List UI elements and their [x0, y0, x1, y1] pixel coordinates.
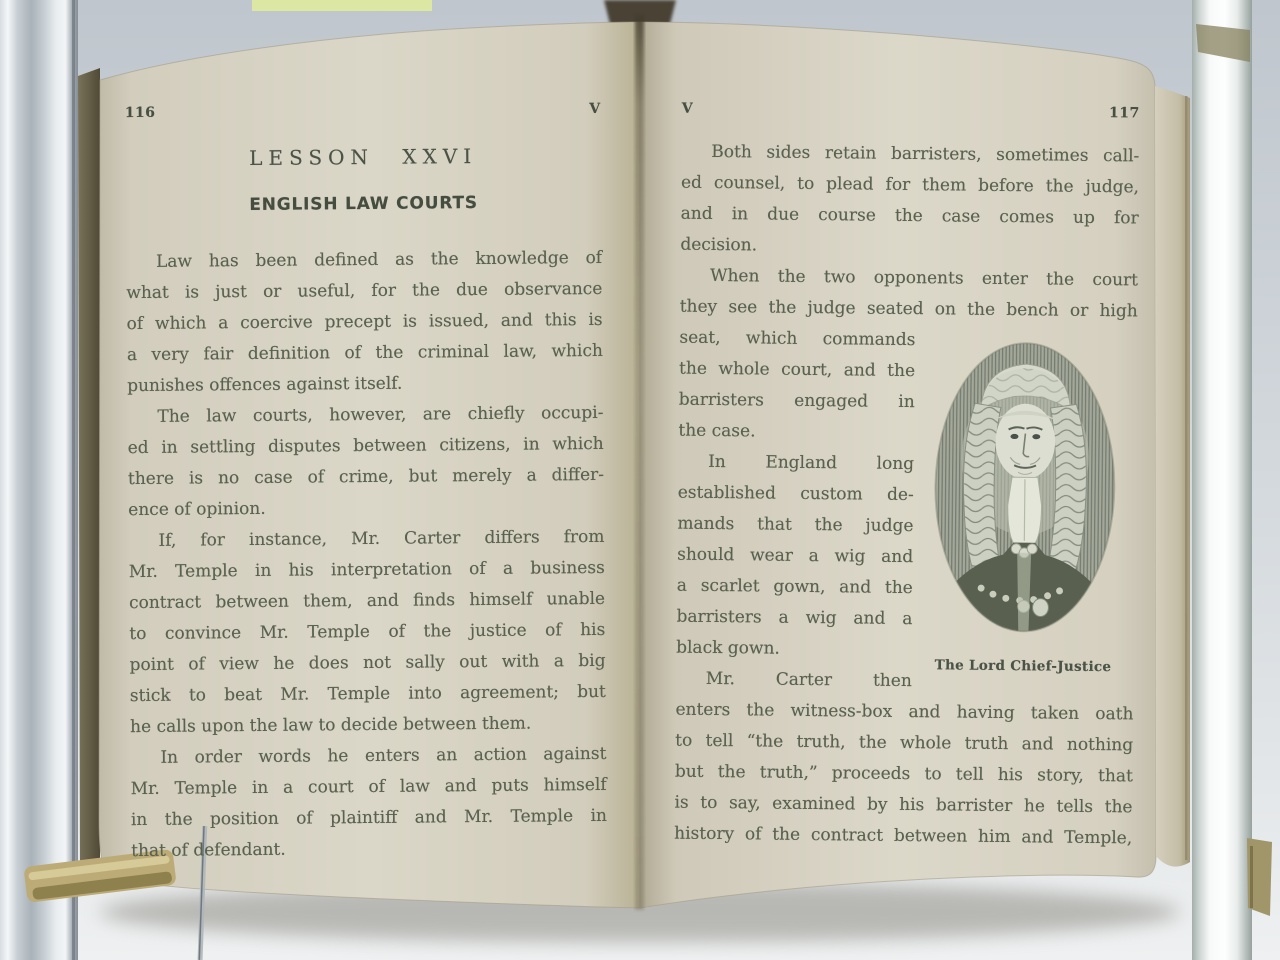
text-line: established custom de-	[678, 478, 914, 511]
text-line: a very fair definition of the criminal l…	[127, 336, 603, 371]
text-line: of which a coercive precept is issued, a…	[126, 305, 602, 340]
left-page-body: Law has been defined as the knowledge of…	[126, 243, 607, 867]
text-line: Both sides retain barristers, sometimes …	[681, 137, 1139, 173]
paragraph-carter-differs: If, for instance, Mr. Carter differs fro…	[128, 522, 606, 743]
text-line: but the truth,” proceeds to tell his sto…	[675, 757, 1133, 793]
acrylic-stand-right-bar	[1192, 0, 1252, 960]
text-line: mands that the judge	[677, 509, 913, 542]
text-line: contract between them, and finds himself…	[129, 584, 605, 619]
paragraph-when-opponents-wide: When the two opponents enter the courtth…	[680, 261, 1139, 328]
right-page-header: V 117	[682, 94, 1140, 119]
paragraph-carter-first-line: Mr. Carter then	[676, 664, 912, 697]
text-line: In England long	[678, 447, 914, 480]
text-line: that of defendant.	[131, 832, 607, 867]
lord-chief-justice-portrait	[928, 337, 1121, 637]
page-number-right: 117	[1109, 98, 1140, 129]
text-line: punishes offences against itself.	[127, 367, 603, 402]
paragraph-carter-wide: enters the witness-box and having taken …	[674, 695, 1134, 855]
text-and-portrait-row: seat, which commandsthe whole court, and…	[676, 323, 1138, 700]
chapter-title: ENGLISH LAW COURTS	[125, 187, 601, 222]
portrait-column: The Lord Chief-Justice	[912, 325, 1138, 683]
text-line: The law courts, however, are chiefly occ…	[127, 398, 603, 433]
text-line: enters the witness-box and having taken …	[675, 695, 1133, 731]
green-note-strip	[252, 0, 432, 11]
text-line: ence of opinion.	[128, 491, 604, 526]
text-line: the whole court, and the	[679, 354, 915, 387]
paragraph-law-courts: The law courts, however, are chiefly occ…	[127, 398, 604, 526]
text-line: should wear a wig and	[677, 540, 913, 573]
text-line: black gown.	[676, 633, 912, 666]
text-line: in the position of plaintiff and Mr. Tem…	[131, 801, 607, 836]
portrait-figure: The Lord Chief-Justice	[912, 337, 1138, 683]
running-mark-right: V	[682, 94, 694, 125]
text-line: what is just or useful, for the due obse…	[126, 274, 602, 309]
text-line: Mr. Temple in his interpretation of a bu…	[129, 553, 605, 588]
left-page-header: 116 V	[125, 94, 601, 118]
text-line: history of the contract between him and …	[674, 819, 1132, 855]
running-mark-left: V	[589, 94, 601, 125]
text-line: ed counsel, to plead for them before the…	[681, 168, 1139, 204]
text-line: stick to beat Mr. Temple into agreement;…	[130, 677, 606, 712]
text-line: to convince Mr. Temple of the justice of…	[129, 615, 605, 650]
left-page: 116 V LESSON XXVI ENGLISH LAW COURTS Law…	[125, 94, 608, 867]
text-line: ed in settling disputes between citizens…	[128, 429, 604, 464]
text-line: barristers engaged in	[679, 385, 915, 418]
text-line: he calls upon the law to decide between …	[130, 708, 606, 743]
paragraph-when-opponents-narrow: seat, which commandsthe whole court, and…	[678, 323, 915, 449]
paragraph-both-sides: Both sides retain barristers, sometimes …	[680, 137, 1139, 266]
text-line: seat, which commands	[679, 323, 915, 356]
text-line: is to say, examined by his barrister he …	[674, 788, 1132, 824]
paragraph-enters-action: In order words he enters an action again…	[130, 739, 607, 867]
text-line: they see the judge seated on the bench o…	[680, 292, 1138, 328]
narrow-text-column: seat, which commandsthe whole court, and…	[676, 323, 916, 697]
text-line: Law has been defined as the knowledge of	[126, 243, 602, 278]
text-line: When the two opponents enter the court	[680, 261, 1138, 297]
text-line: If, for instance, Mr. Carter differs fro…	[128, 522, 604, 557]
text-line: point of view he does not sally out with…	[129, 646, 605, 681]
text-line: barristers a wig and a	[676, 602, 912, 635]
text-line: there is no case of crime, but merely a …	[128, 460, 604, 495]
page-number-left: 116	[125, 98, 156, 129]
text-line: the case.	[678, 416, 914, 449]
text-line: decision.	[680, 230, 1138, 266]
acrylic-stand-left-bar	[0, 0, 78, 960]
text-line: to tell “the truth, the whole truth and …	[675, 726, 1133, 762]
paragraph-england-custom: In England longestablished custom de-man…	[676, 447, 914, 666]
text-line: a scarlet gown, and the	[677, 571, 913, 604]
text-line: and in due course the case comes up for	[681, 199, 1139, 235]
lesson-heading: LESSON XXVI	[125, 140, 601, 175]
figure-caption: The Lord Chief-Justice	[912, 650, 1134, 683]
paragraph-law-defined: Law has been defined as the knowledge of…	[126, 243, 603, 402]
photo-of-open-book: 116 V LESSON XXVI ENGLISH LAW COURTS Law…	[0, 0, 1280, 960]
text-line: In order words he enters an action again…	[130, 739, 606, 774]
right-page: V 117 Both sides retain barristers, some…	[674, 94, 1140, 855]
right-page-body: Both sides retain barristers, sometimes …	[674, 137, 1139, 855]
text-line: Mr. Temple in a court of law and puts hi…	[131, 770, 607, 805]
